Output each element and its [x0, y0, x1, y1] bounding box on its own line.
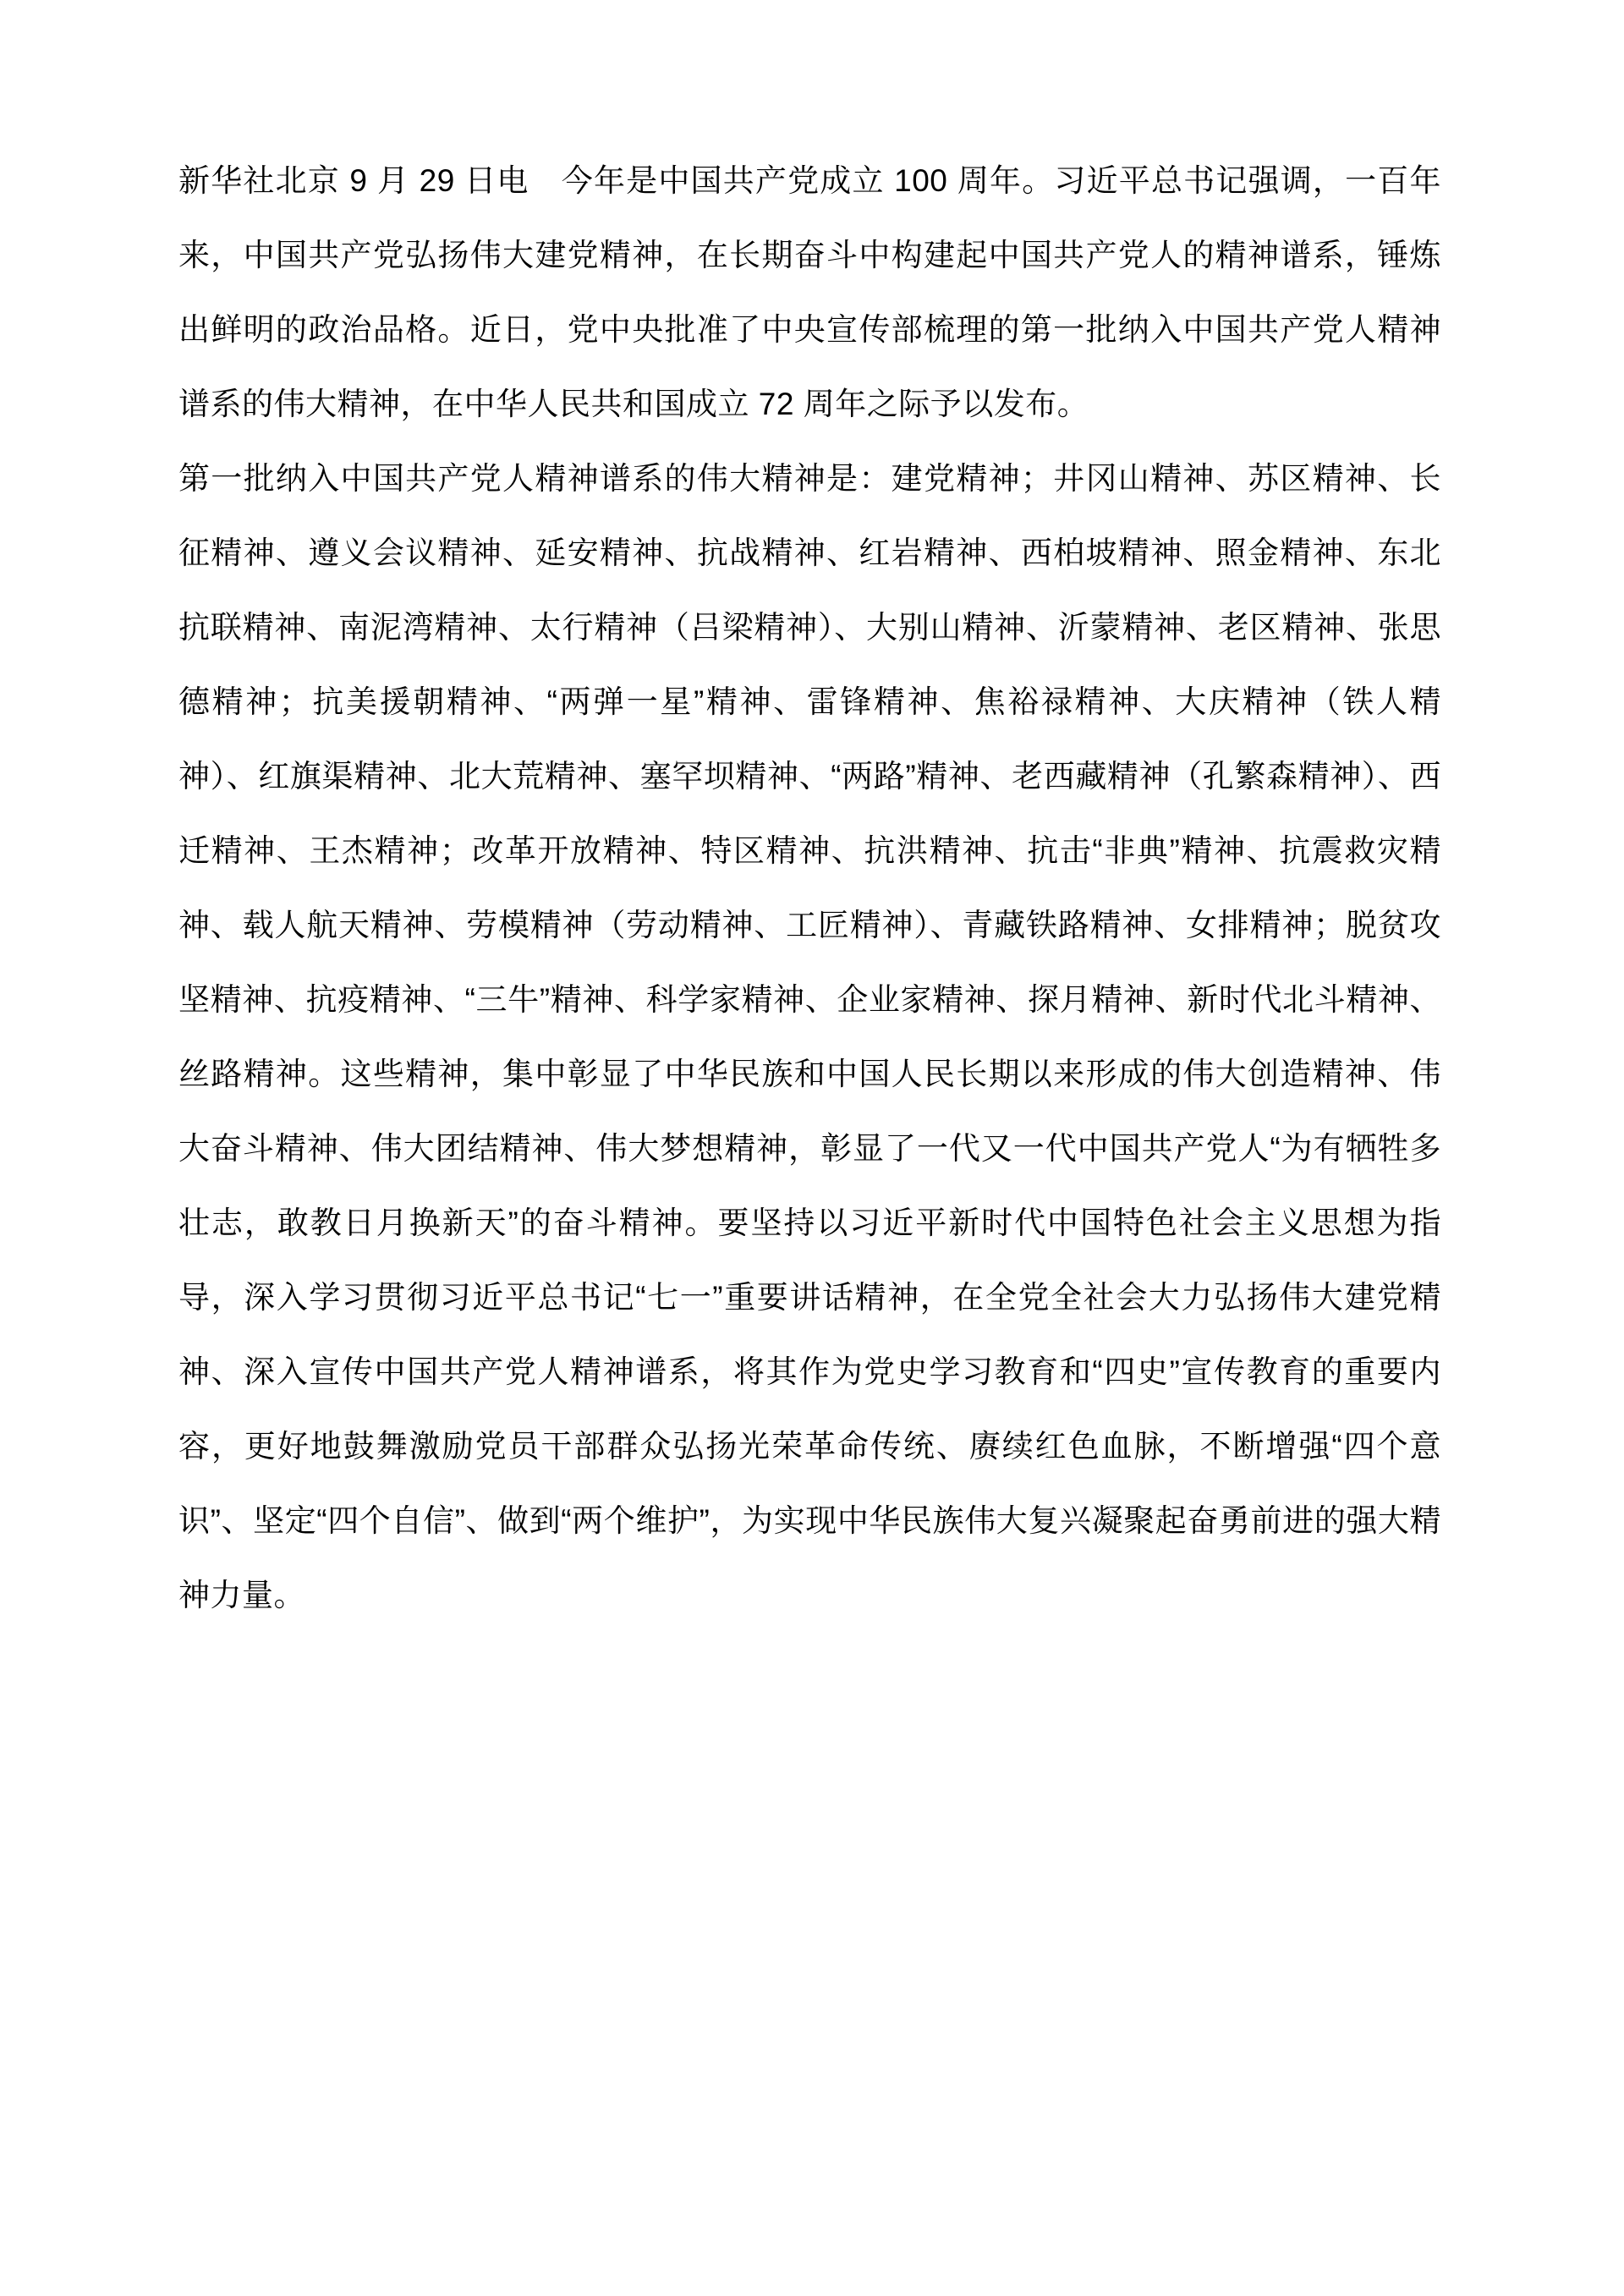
paragraph-intro: 新华社北京 9 月 29 日电 今年是中国共产党成立 100 周年。习近平总书记… — [178, 144, 1441, 442]
paragraph-spirit-list: 第一批纳入中国共产党人精神谱系的伟大精神是：建党精神；井冈山精神、苏区精神、长征… — [178, 442, 1441, 1633]
document-page: 新华社北京 9 月 29 日电 今年是中国共产党成立 100 周年。习近平总书记… — [0, 0, 1624, 2296]
document-body: 新华社北京 9 月 29 日电 今年是中国共产党成立 100 周年。习近平总书记… — [178, 144, 1441, 1633]
